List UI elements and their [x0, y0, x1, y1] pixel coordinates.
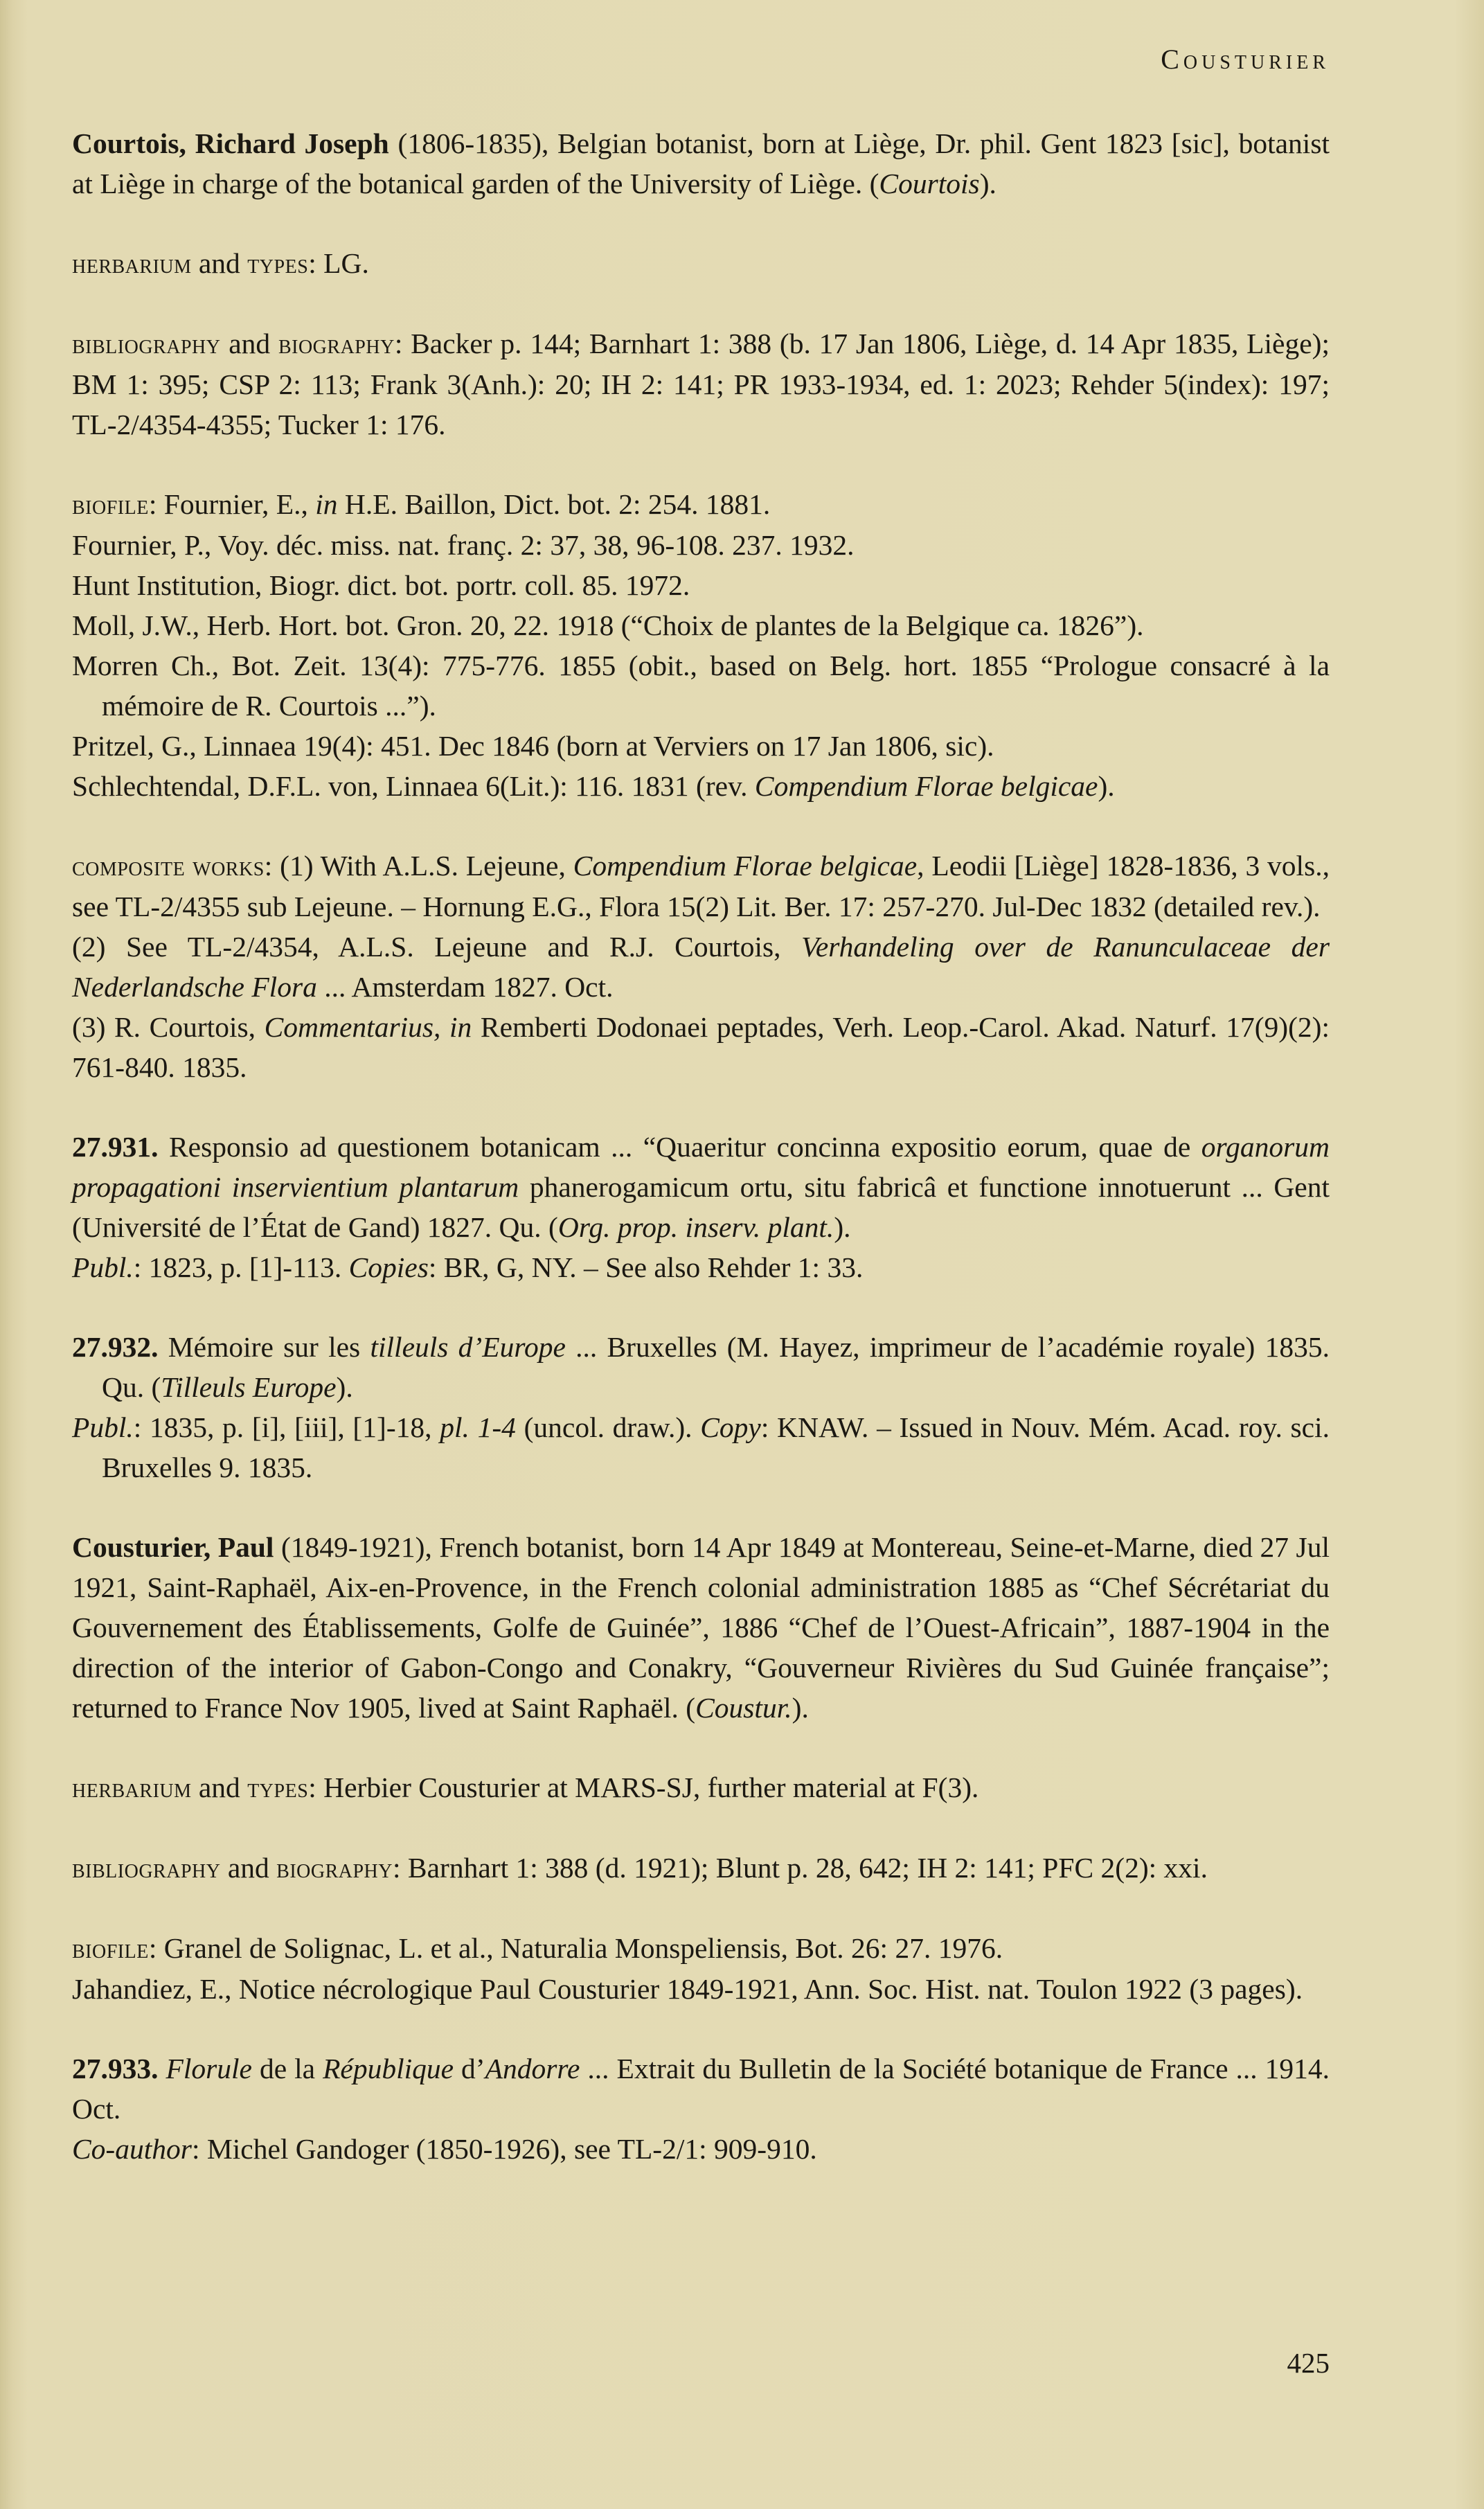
work-27-932: 27.932. Mémoire sur les tilleuls d’Europ…	[72, 1327, 1330, 1488]
work-coauthor: Co-author: Michel Gandoger (1850-1926), …	[72, 2129, 1330, 2169]
bibliography-section: bibliography and biography: Barnhart 1: …	[72, 1848, 1330, 1889]
biofile-item: Pritzel, G., Linnaea 19(4): 451. Dec 184…	[72, 726, 1330, 766]
work-27-931: 27.931. Responsio ad questionem botanica…	[72, 1127, 1330, 1287]
page-body: Courtois, Richard Joseph (1806-1835), Be…	[72, 123, 1330, 2169]
work-27-933: 27.933. Florule de la République d’Andor…	[72, 2048, 1330, 2169]
section-label: composite works	[72, 850, 265, 882]
entry-courtois-intro: Courtois, Richard Joseph (1806-1835), Be…	[72, 123, 1330, 204]
section-label: bibliography	[72, 1852, 220, 1884]
author-abbreviation: Coustur.	[695, 1692, 792, 1724]
section-label: herbarium	[72, 248, 192, 279]
herbarium-section: herbarium and types: Herbier Cousturier …	[72, 1767, 1330, 1808]
section-label: herbarium	[72, 1772, 192, 1803]
author-name: Cousturier, Paul	[72, 1531, 274, 1563]
page-number: 425	[1287, 2346, 1330, 2379]
section-label: biofile	[72, 1933, 149, 1964]
work-number: 27.933.	[72, 2053, 159, 2084]
biofile-section: biofile: Granel de Solignac, L. et al., …	[72, 1928, 1330, 2009]
biofile-item: Schlechtendal, D.F.L. von, Linnaea 6(Lit…	[72, 766, 1330, 806]
bibliography-section: bibliography and biography: Backer p. 14…	[72, 323, 1330, 445]
section-label: biofile	[72, 489, 149, 520]
composite-item: (2) See TL-2/4354, A.L.S. Lejeune and R.…	[72, 927, 1330, 1007]
biofile-item: Moll, J.W., Herb. Hort. bot. Gron. 20, 2…	[72, 605, 1330, 645]
author-abbreviation: Courtois	[879, 168, 979, 199]
work-title: 27.931. Responsio ad questionem botanica…	[72, 1127, 1330, 1247]
biofile-item: Jahandiez, E., Notice nécrologique Paul …	[72, 1969, 1330, 2009]
biofile-section: biofile: Fournier, E., in H.E. Baillon, …	[72, 484, 1330, 806]
work-publication: Publ.: 1835, p. [i], [iii], [1]-18, pl. …	[72, 1407, 1330, 1488]
biofile-item: Fournier, P., Voy. déc. miss. nat. franç…	[72, 525, 1330, 565]
entry-cousturier-intro: Cousturier, Paul (1849-1921), French bot…	[72, 1527, 1330, 1728]
work-number: 27.932.	[72, 1331, 159, 1363]
biofile-item: Morren Ch., Bot. Zeit. 13(4): 775-776. 1…	[72, 645, 1330, 726]
work-title: 27.933. Florule de la République d’Andor…	[72, 2048, 1330, 2129]
work-title: 27.932. Mémoire sur les tilleuls d’Europ…	[72, 1327, 1330, 1407]
biofile-item: biofile: Granel de Solignac, L. et al., …	[72, 1928, 1330, 1969]
herbarium-section: herbarium and types: LG.	[72, 243, 1330, 284]
composite-item: (3) R. Courtois, Commentarius, in Rember…	[72, 1007, 1330, 1087]
section-label: bibliography	[72, 328, 220, 359]
biofile-item: Hunt Institution, Biogr. dict. bot. port…	[72, 565, 1330, 605]
composite-works-section: composite works: (1) With A.L.S. Lejeune…	[72, 846, 1330, 1087]
author-name: Courtois, Richard Joseph	[72, 127, 389, 159]
work-number: 27.931.	[72, 1131, 159, 1163]
running-head: Cousturier	[1161, 43, 1330, 75]
composite-item: composite works: (1) With A.L.S. Lejeune…	[72, 846, 1330, 927]
work-publication: Publ.: 1823, p. [1]-113. Copies: BR, G, …	[72, 1247, 1330, 1287]
biofile-item: biofile: Fournier, E., in H.E. Baillon, …	[72, 484, 1330, 525]
